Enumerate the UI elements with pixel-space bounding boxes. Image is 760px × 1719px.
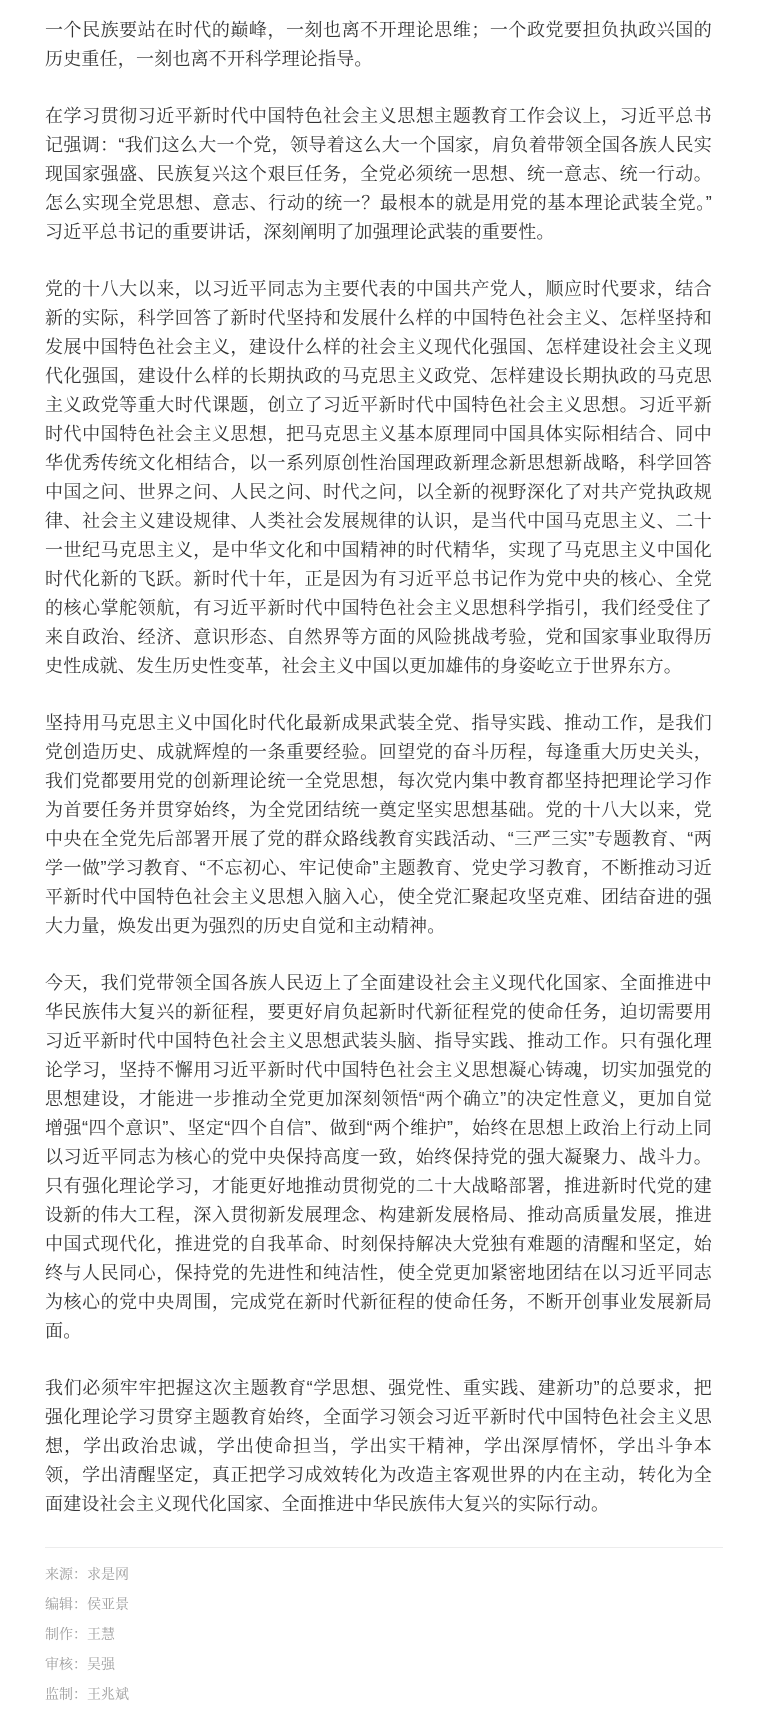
meta-producer: 制作：王慧 — [45, 1619, 712, 1649]
paragraph-4: 坚持用马克思主义中国化时代化最新成果武装全党、指导实践、推动工作，是我们党创造历… — [45, 709, 712, 941]
meta-editor: 编辑：侯亚景 — [45, 1589, 712, 1619]
paragraph-6: 我们必须牢牢把握这次主题教育“学思想、强党性、重实践、建新功”的总要求，把强化理… — [45, 1374, 712, 1519]
article-body: 一个民族要站在时代的巅峰，一刻也离不开理论思维；一个政党要担负执政兴国的历史重任… — [0, 0, 760, 1519]
article-meta: 来源：求是网 编辑：侯亚景 制作：王慧 审核：吴强 监制：王兆斌 — [0, 1548, 760, 1719]
meta-supervisor: 监制：王兆斌 — [45, 1679, 712, 1709]
paragraph-5: 今天，我们党带领全国各族人民迈上了全面建设社会主义现代化国家、全面推进中华民族伟… — [45, 969, 712, 1346]
paragraph-3: 党的十八大以来，以习近平同志为主要代表的中国共产党人，顺应时代要求，结合新的实际… — [45, 275, 712, 681]
meta-source: 来源：求是网 — [45, 1559, 712, 1589]
meta-reviewer: 审核：吴强 — [45, 1649, 712, 1679]
paragraph-1: 一个民族要站在时代的巅峰，一刻也离不开理论思维；一个政党要担负执政兴国的历史重任… — [45, 16, 712, 74]
article-page: 一个民族要站在时代的巅峰，一刻也离不开理论思维；一个政党要担负执政兴国的历史重任… — [0, 0, 760, 1719]
paragraph-2: 在学习贯彻习近平新时代中国特色社会主义思想主题教育工作会议上，习近平总书记强调：… — [45, 102, 712, 247]
